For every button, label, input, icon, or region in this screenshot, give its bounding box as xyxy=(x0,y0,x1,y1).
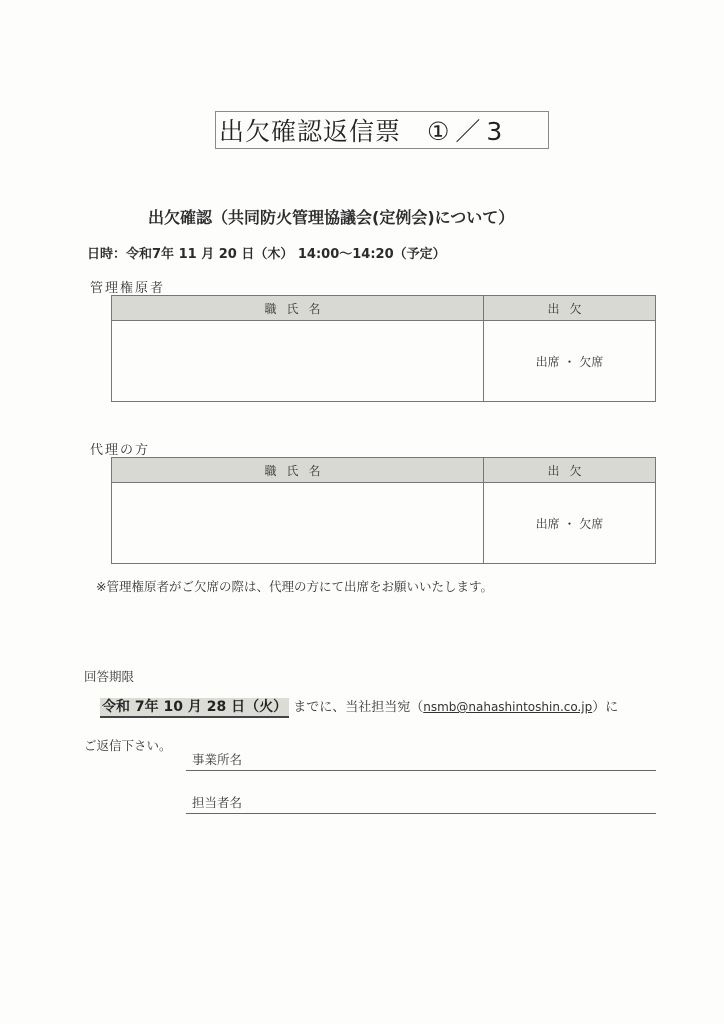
deadline-line: 令和 7年 10 月 28 日（火） までに、当社担当宛（nsmb@nahash… xyxy=(100,696,618,716)
document-title: 出欠確認返信票 xyxy=(219,112,401,148)
office-name-field[interactable]: 事業所名 xyxy=(186,751,656,771)
proxy-attendance-table: 職氏名 出欠 出席 ・ 欠席 xyxy=(111,457,656,564)
contact-person-label: 担当者名 xyxy=(192,795,242,810)
column-header-attendance: 出欠 xyxy=(484,458,656,483)
office-name-label: 事業所名 xyxy=(192,752,242,767)
deadline-text: までに、当社担当宛（ xyxy=(289,700,423,715)
table-row: 出席 ・ 欠席 xyxy=(112,483,656,564)
table-header-row: 職氏名 出欠 xyxy=(112,458,656,483)
owner-attendance-table: 職氏名 出欠 出席 ・ 欠席 xyxy=(111,295,656,402)
deadline-label: 回答期限 xyxy=(84,667,134,685)
table-row: 出席 ・ 欠席 xyxy=(112,321,656,402)
name-input-cell[interactable] xyxy=(112,321,484,402)
meeting-datetime: 日時：令和7年 11 月 20 日（木） 14:00～14:20（予定） xyxy=(87,243,446,262)
column-header-name: 職氏名 xyxy=(112,296,484,321)
page-indicator: ①／3 xyxy=(427,112,508,148)
section-label-owner: 管理権原者 xyxy=(90,277,165,296)
column-header-name: 職氏名 xyxy=(112,458,484,483)
reply-instruction: ご返信下さい。 xyxy=(84,736,172,754)
table-header-row: 職氏名 出欠 xyxy=(112,296,656,321)
column-header-attendance: 出欠 xyxy=(484,296,656,321)
contact-email-link[interactable]: nsmb@nahashintoshin.co.jp xyxy=(423,700,592,714)
document-title-box: 出欠確認返信票 ①／3 xyxy=(215,111,549,149)
contact-person-field[interactable]: 担当者名 xyxy=(186,794,656,814)
subtitle: 出欠確認（共同防火管理協議会(定例会)について） xyxy=(148,205,514,228)
attendance-choice-cell[interactable]: 出席 ・ 欠席 xyxy=(484,483,656,564)
deadline-date: 令和 7年 10 月 28 日（火） xyxy=(100,698,289,718)
deadline-text-after: ）に xyxy=(592,700,618,715)
proxy-note: ※管理権原者がご欠席の際は、代理の方にて出席をお願いいたします。 xyxy=(96,577,493,595)
name-input-cell[interactable] xyxy=(112,483,484,564)
attendance-choice-cell[interactable]: 出席 ・ 欠席 xyxy=(484,321,656,402)
section-label-proxy: 代理の方 xyxy=(90,439,150,458)
